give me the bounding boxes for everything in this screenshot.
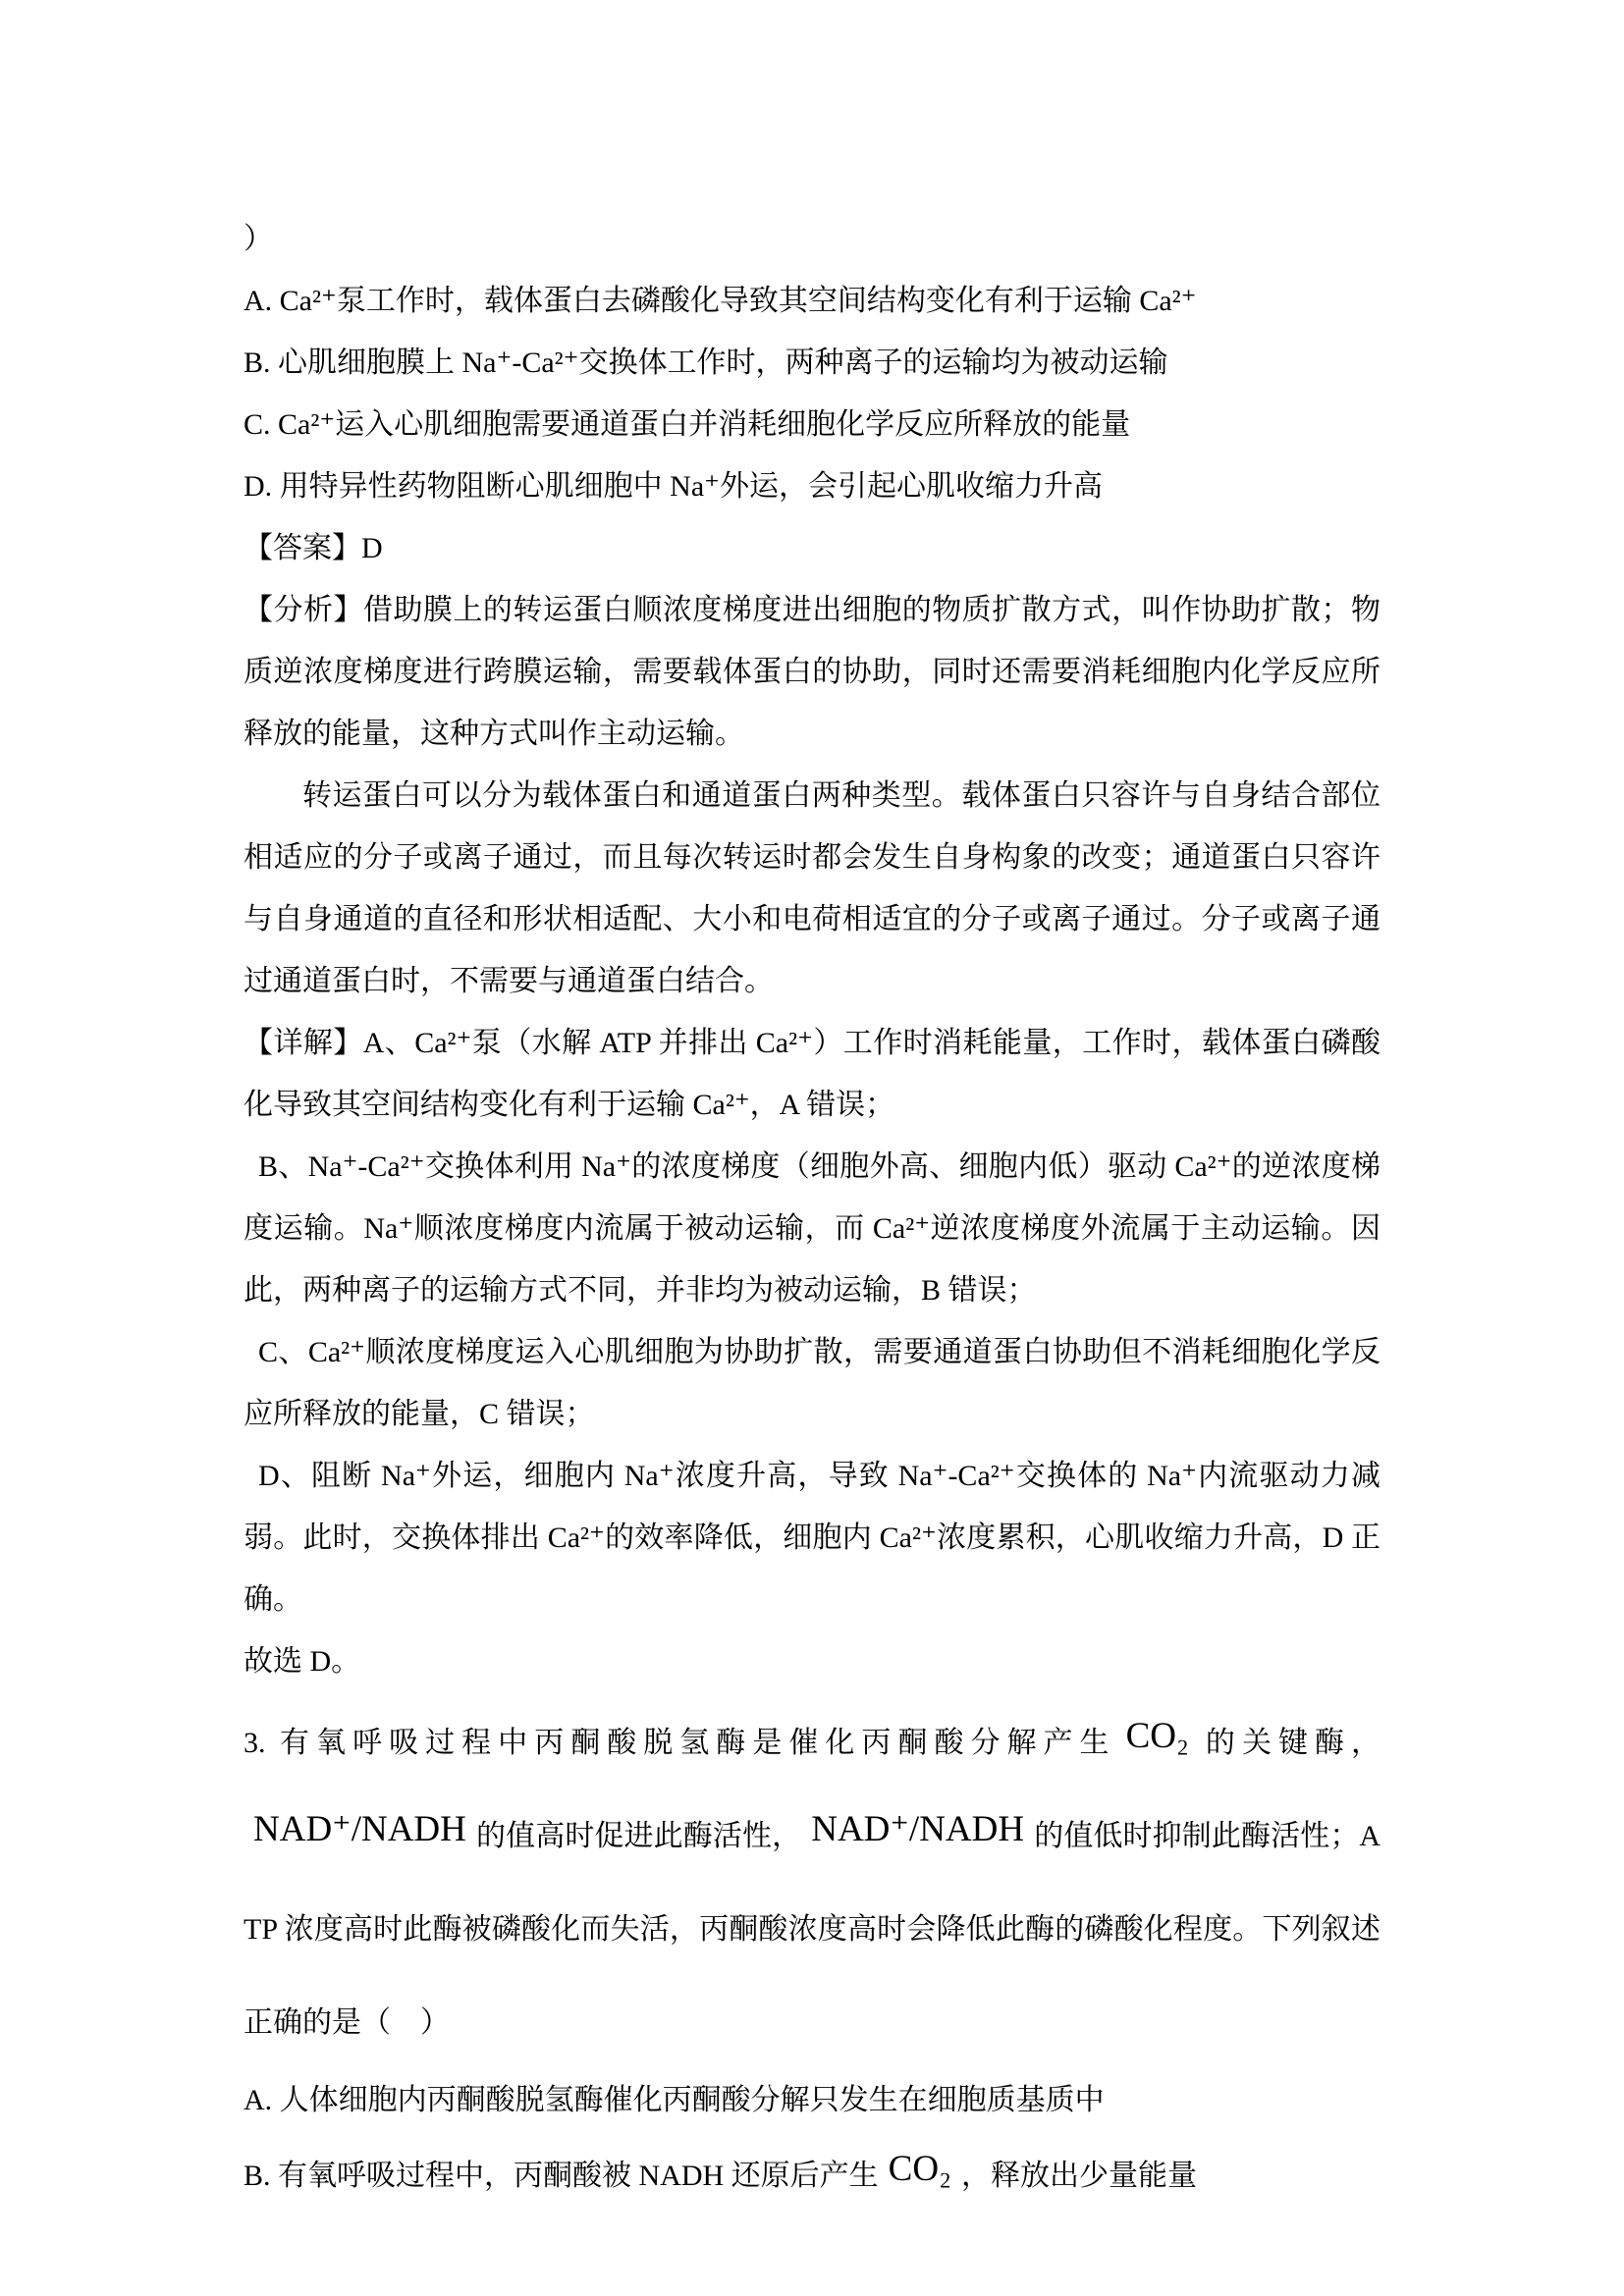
q2-detail-paragraph-b: B、Na⁺-Ca²⁺交换体利用 Na⁺的浓度梯度（细胞外高、细胞内低）驱动 Ca… bbox=[244, 1136, 1380, 1321]
q2-option-b: B. 心肌细胞膜上 Na⁺-Ca²⁺交换体工作时，两种离子的运输均为被动运输 bbox=[244, 332, 1380, 394]
co2-formula: CO₂ bbox=[889, 2149, 951, 2189]
analysis-text-1: 借助膜上的转运蛋白顺浓度梯度进出细胞的物质扩散方式，叫作协助扩散；物质逆浓度梯度… bbox=[244, 594, 1380, 750]
q3-stem-text-2: 的关键酶， bbox=[1199, 1727, 1380, 1759]
answer-label: 【答案】 bbox=[244, 532, 361, 564]
detail-label: 【详解】 bbox=[244, 1027, 363, 1059]
nad-nadh-formula: NAD⁺/NADH bbox=[811, 1809, 1024, 1849]
q3-option-b: B. 有氧呼吸过程中，丙酮酸被 NADH 还原后产生CO₂，释放出少量能量 bbox=[244, 2145, 1380, 2207]
q3-option-b-text-2: ，释放出少量能量 bbox=[961, 2160, 1197, 2192]
analysis-label: 【分析】 bbox=[244, 594, 363, 626]
q3-option-a: A. 人体细胞内丙酮酸脱氢酶催化丙酮酸分解只发生在细胞质基质中 bbox=[244, 2069, 1380, 2131]
co2-formula: CO₂ bbox=[1126, 1716, 1189, 1756]
q2-answer-line: 【答案】D bbox=[244, 517, 1380, 579]
q3-stem-text-4: 的值低时抑制此酶活性；ATP 浓度高时此酶被磷酸化而失活，丙酮酸浓度高时会降低此… bbox=[244, 1820, 1380, 2039]
answer-value: D bbox=[361, 532, 383, 564]
q2-detail-paragraph-d: D、阻断 Na⁺外运，细胞内 Na⁺浓度升高，导致 Na⁺-Ca²⁺交换体的 N… bbox=[244, 1445, 1380, 1630]
q2-analysis-paragraph-1: 【分析】借助膜上的转运蛋白顺浓度梯度进出细胞的物质扩散方式，叫作协助扩散；物质逆… bbox=[244, 579, 1380, 765]
q3-stem-text-1: 3. 有氧呼吸过程中丙酮酸脱氢酶是催化丙酮酸分解产生 bbox=[244, 1727, 1116, 1759]
q2-analysis-paragraph-2: 转运蛋白可以分为载体蛋白和通道蛋白两种类型。载体蛋白只容许与自身结合部位相适应的… bbox=[244, 765, 1380, 1012]
q2-option-a: A. Ca²⁺泵工作时，载体蛋白去磷酸化导致其空间结构变化有利于运输 Ca²⁺ bbox=[244, 270, 1380, 332]
page-content: ） A. Ca²⁺泵工作时，载体蛋白去磷酸化导致其空间结构变化有利于运输 Ca²… bbox=[244, 208, 1380, 2207]
q2-option-c: C. Ca²⁺运入心肌细胞需要通道蛋白并消耗细胞化学反应所释放的能量 bbox=[244, 394, 1380, 455]
q3-option-b-text-1: B. 有氧呼吸过程中，丙酮酸被 NADH 还原后产生 bbox=[244, 2160, 879, 2192]
q2-detail-paragraph-c: C、Ca²⁺顺浓度梯度运入心肌细胞为协助扩散，需要通道蛋白协助但不消耗细胞化学反… bbox=[244, 1321, 1380, 1445]
nad-nadh-formula: NAD⁺/NADH bbox=[253, 1809, 466, 1849]
q2-conclusion: 故选 D。 bbox=[244, 1630, 1380, 1692]
q3-stem: 3. 有氧呼吸过程中丙酮酸脱氢酶是催化丙酮酸分解产生CO₂的关键酶，NAD⁺/N… bbox=[244, 1696, 1380, 2069]
document-page: ） A. Ca²⁺泵工作时，载体蛋白去磷酸化导致其空间结构变化有利于运输 Ca²… bbox=[0, 0, 1624, 2296]
q2-option-d: D. 用特异性药物阻断心肌细胞中 Na⁺外运，会引起心肌收缩力升高 bbox=[244, 455, 1380, 517]
q2-detail-paragraph-a: 【详解】A、Ca²⁺泵（水解 ATP 并排出 Ca²⁺）工作时消耗能量，工作时，… bbox=[244, 1012, 1380, 1136]
q2-stem-close-paren: ） bbox=[244, 208, 1380, 270]
detail-text-a: A、Ca²⁺泵（水解 ATP 并排出 Ca²⁺）工作时消耗能量，工作时，载体蛋白… bbox=[244, 1027, 1380, 1121]
q3-stem-text-3: 的值高时促进此酶活性， bbox=[476, 1820, 801, 1852]
